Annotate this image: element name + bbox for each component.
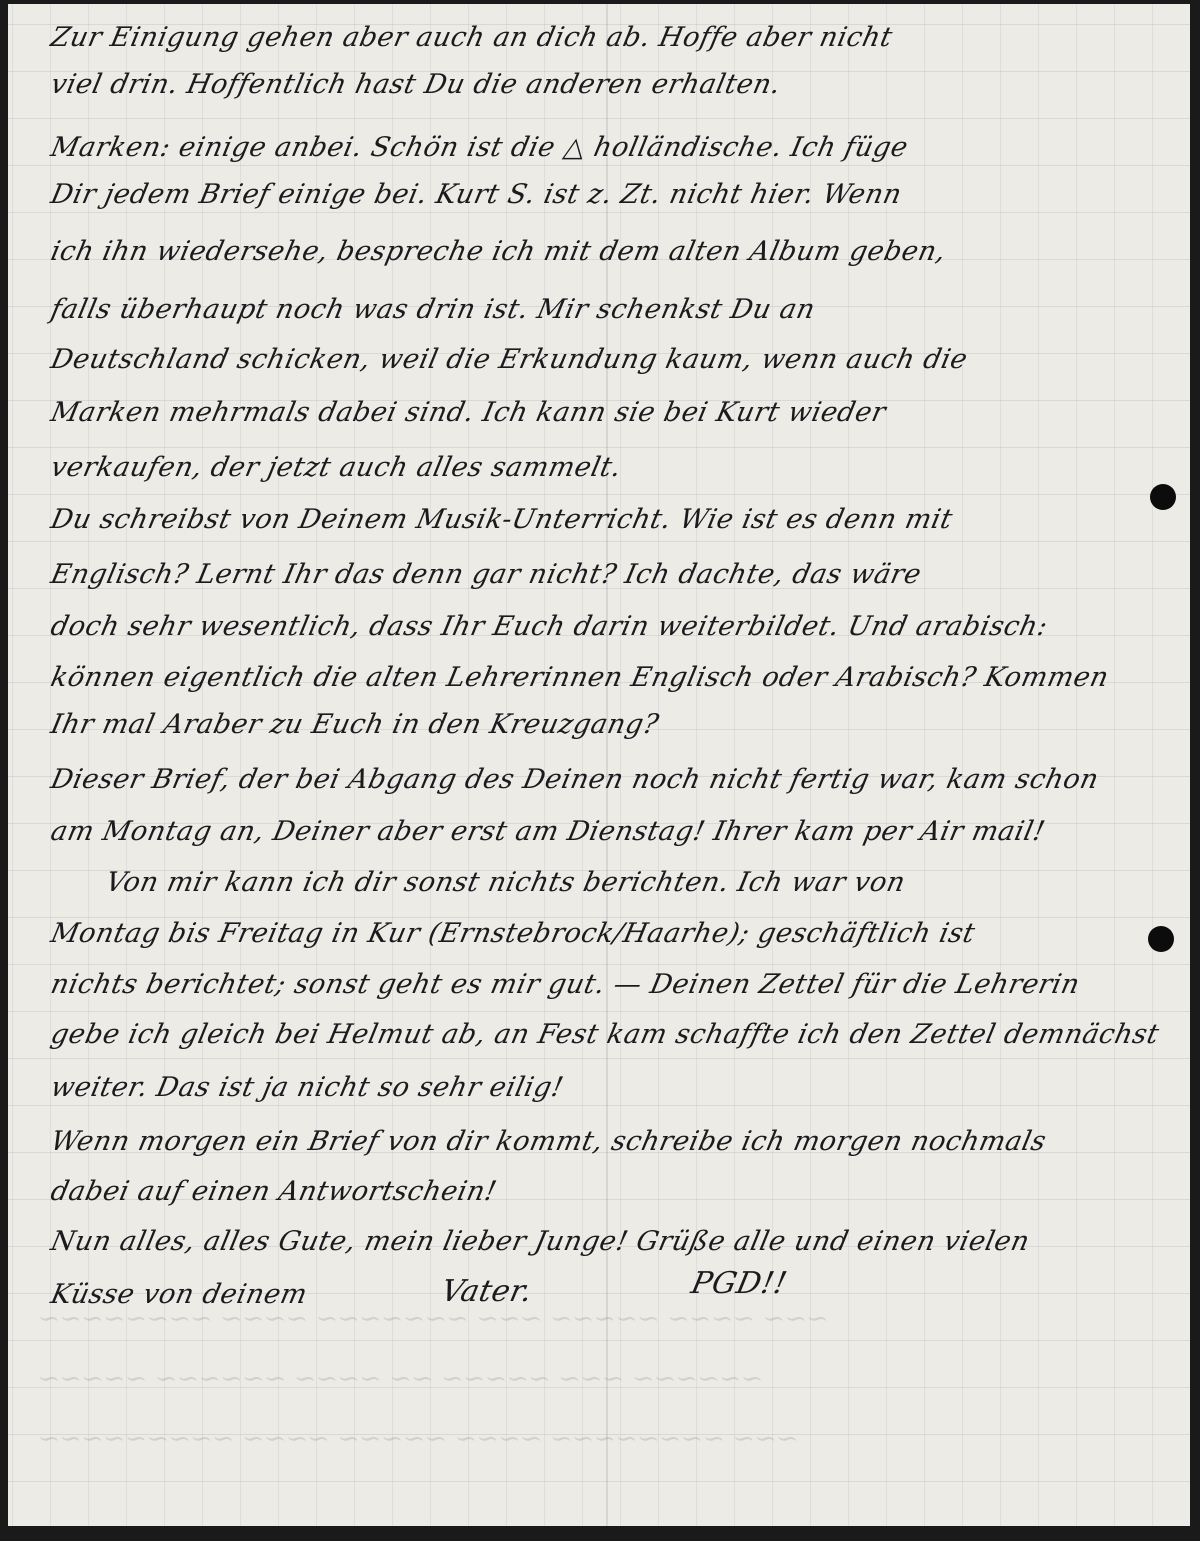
letter-line: Deutschland schicken, weil die Erkundung…	[48, 344, 970, 375]
letter-line: Dir jedem Brief einige bei. Kurt S. ist …	[48, 179, 905, 210]
letter-line: Marken mehrmals dabei sind. Ich kann sie…	[48, 397, 889, 428]
letter-line: Zur Einigung gehen aber auch an dich ab.…	[48, 22, 895, 53]
letter-line: Wenn morgen ein Brief von dir kommt, sch…	[48, 1126, 1049, 1157]
letter-line: Nun alles, alles Gute, mein lieber Junge…	[48, 1226, 1033, 1257]
letter-line: viel drin. Hoffentlich hast Du die ander…	[48, 69, 784, 100]
letter-line: gebe ich gleich bei Helmut ab, an Fest k…	[48, 1019, 1162, 1050]
signature: Vater.	[438, 1274, 536, 1309]
letter-line: dabei auf einen Antwortschein!	[48, 1176, 500, 1207]
letter-line: weiter. Das ist ja nicht so sehr eilig!	[48, 1072, 566, 1103]
letter-line: Küsse von deinem	[48, 1279, 310, 1310]
punch-hole	[1148, 926, 1174, 952]
letter-line: doch sehr wesentlich, dass Ihr Euch dari…	[48, 611, 1051, 642]
letter-line: am Montag an, Deiner aber erst am Dienst…	[48, 816, 1048, 847]
letter-line: können eigentlich die alten Lehrerinnen …	[48, 662, 1112, 693]
letter-line: Dieser Brief, der bei Abgang des Deinen …	[48, 764, 1102, 795]
letter-line: Du schreibst von Deinem Musik-Unterricht…	[48, 504, 955, 535]
letter-line: Montag bis Freitag in Kur (Ernstebrock/H…	[48, 918, 978, 949]
letter-line: Marken: einige anbei. Schön ist die △ ho…	[48, 132, 911, 163]
letter-line: verkaufen, der jetzt auch alles sammelt.	[48, 452, 624, 483]
letter-line: Englisch? Lernt Ihr das denn gar nicht? …	[48, 559, 924, 590]
letter-line: Von mir kann ich dir sonst nichts berich…	[103, 867, 908, 898]
letter-line: nichts berichtet; sonst geht es mir gut.…	[48, 969, 1083, 1000]
bleed-through-text: ~~~~~~ ~~~ ~~~~~ ~~ ~~~~ ~~~~~~ ~~~~~	[35, 1364, 766, 1394]
letter-line: falls überhaupt noch was drin ist. Mir s…	[48, 294, 818, 325]
letter-page: ~~~ ~~~~ ~~~~~ ~~~ ~~~~~~~ ~~~~ ~~~~~~~~…	[8, 4, 1190, 1526]
punch-hole	[1150, 484, 1176, 510]
letter-line: Ihr mal Araber zu Euch in den Kreuzgang?	[48, 709, 662, 740]
bleed-through-text: ~~~ ~~~~~~~~ ~~~~ ~~~~~ ~~~~ ~~~~~~~~~	[35, 1424, 802, 1454]
letter-line: ich ihn wiedersehe, bespreche ich mit de…	[48, 236, 949, 267]
postscript-initials: PGD!!	[688, 1266, 790, 1301]
